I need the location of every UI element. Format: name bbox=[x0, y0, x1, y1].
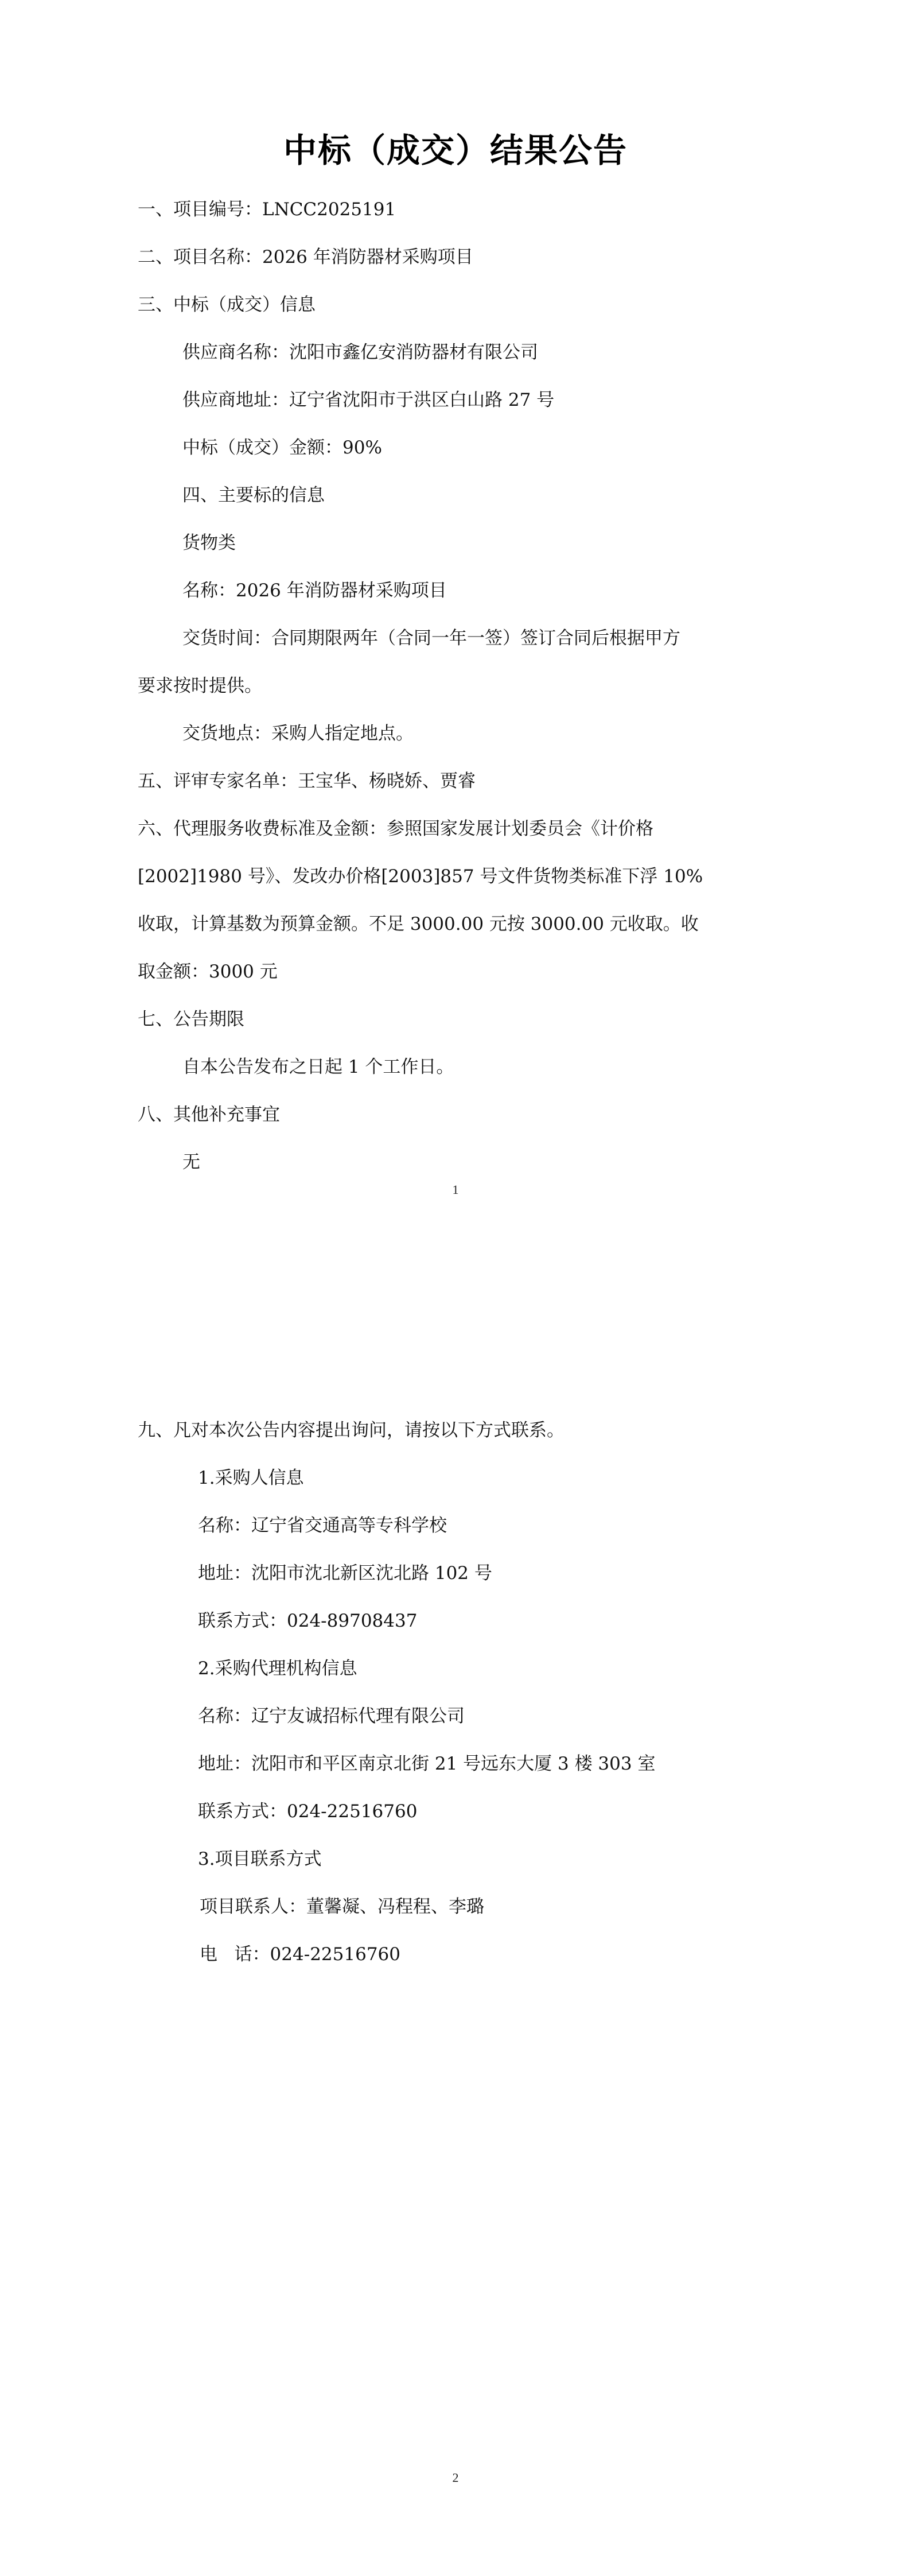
project-contact-persons: 项目联系人：董馨凝、冯程程、李璐 bbox=[200, 1895, 484, 1918]
supplier-name: 供应商名称：沈阳市鑫亿安消防器材有限公司 bbox=[182, 341, 538, 364]
section-main-subject: 四、主要标的信息 bbox=[182, 484, 325, 507]
page-2: 九、凡对本次公告内容提出询问，请按以下方式联系。 1.采购人信息 名称：辽宁省交… bbox=[0, 1288, 911, 2576]
page-1: 中标（成交）结果公告 一、项目编号：LNCC2025191 二、项目名称：202… bbox=[0, 0, 911, 1288]
section-contact: 九、凡对本次公告内容提出询问，请按以下方式联系。 bbox=[138, 1419, 564, 1442]
notice-period: 自本公告发布之日起 1 个工作日。 bbox=[182, 1056, 454, 1078]
section-notice-period: 七、公告期限 bbox=[138, 1008, 244, 1031]
subject-name: 名称：2026 年消防器材采购项目 bbox=[182, 579, 447, 602]
agency-phone: 联系方式：024-22516760 bbox=[198, 1800, 417, 1823]
page-number-2: 2 bbox=[0, 2469, 911, 2486]
delivery-time: 交货时间：合同期限两年（合同一年一签）签订合同后根据甲方 bbox=[182, 627, 680, 650]
agency-fee: 六、代理服务收费标准及金额：参照国家发展计划委员会《计价格 bbox=[138, 817, 653, 840]
delivery-time-cont: 要求按时提供。 bbox=[138, 674, 262, 697]
goods-category: 货物类 bbox=[182, 532, 236, 554]
agency-fee-cont-2: 收取，计算基数为预算金额。不足 3000.00 元按 3000.00 元收取。收 bbox=[138, 913, 699, 936]
award-amount: 中标（成交）金额：90% bbox=[182, 436, 382, 459]
agency-name: 名称：辽宁友诚招标代理有限公司 bbox=[198, 1705, 465, 1728]
delivery-location: 交货地点：采购人指定地点。 bbox=[182, 722, 414, 745]
page-number-1: 1 bbox=[0, 1181, 911, 1198]
expert-list: 五、评审专家名单：王宝华、杨晓娇、贾睿 bbox=[138, 770, 476, 793]
purchaser-address: 地址：沈阳市沈北新区沈北路 102 号 bbox=[198, 1562, 492, 1585]
purchaser-phone: 联系方式：024-89708437 bbox=[198, 1609, 417, 1632]
other-matters: 无 bbox=[182, 1151, 200, 1174]
document-title: 中标（成交）结果公告 bbox=[0, 127, 911, 173]
purchaser-heading: 1.采购人信息 bbox=[198, 1467, 304, 1489]
section-other-matters: 八、其他补充事宜 bbox=[138, 1103, 280, 1126]
project-name: 二、项目名称：2026 年消防器材采购项目 bbox=[138, 246, 473, 269]
agency-address: 地址：沈阳市和平区南京北街 21 号远东大厦 3 楼 303 室 bbox=[198, 1752, 655, 1775]
agency-fee-cont-1: [2002]1980 号》、发改办价格[2003]857 号文件货物类标准下浮 … bbox=[138, 865, 703, 888]
project-contact-phone: 电 话：024-22516760 bbox=[200, 1943, 400, 1966]
agency-fee-cont-3: 取金额：3000 元 bbox=[138, 960, 278, 983]
project-contact-heading: 3.项目联系方式 bbox=[198, 1848, 322, 1871]
project-number: 一、项目编号：LNCC2025191 bbox=[138, 198, 396, 221]
supplier-address: 供应商地址：辽宁省沈阳市于洪区白山路 27 号 bbox=[182, 389, 554, 412]
agency-heading: 2.采购代理机构信息 bbox=[198, 1657, 357, 1680]
purchaser-name: 名称：辽宁省交通高等专科学校 bbox=[198, 1514, 447, 1537]
section-award-info: 三、中标（成交）信息 bbox=[138, 293, 316, 316]
